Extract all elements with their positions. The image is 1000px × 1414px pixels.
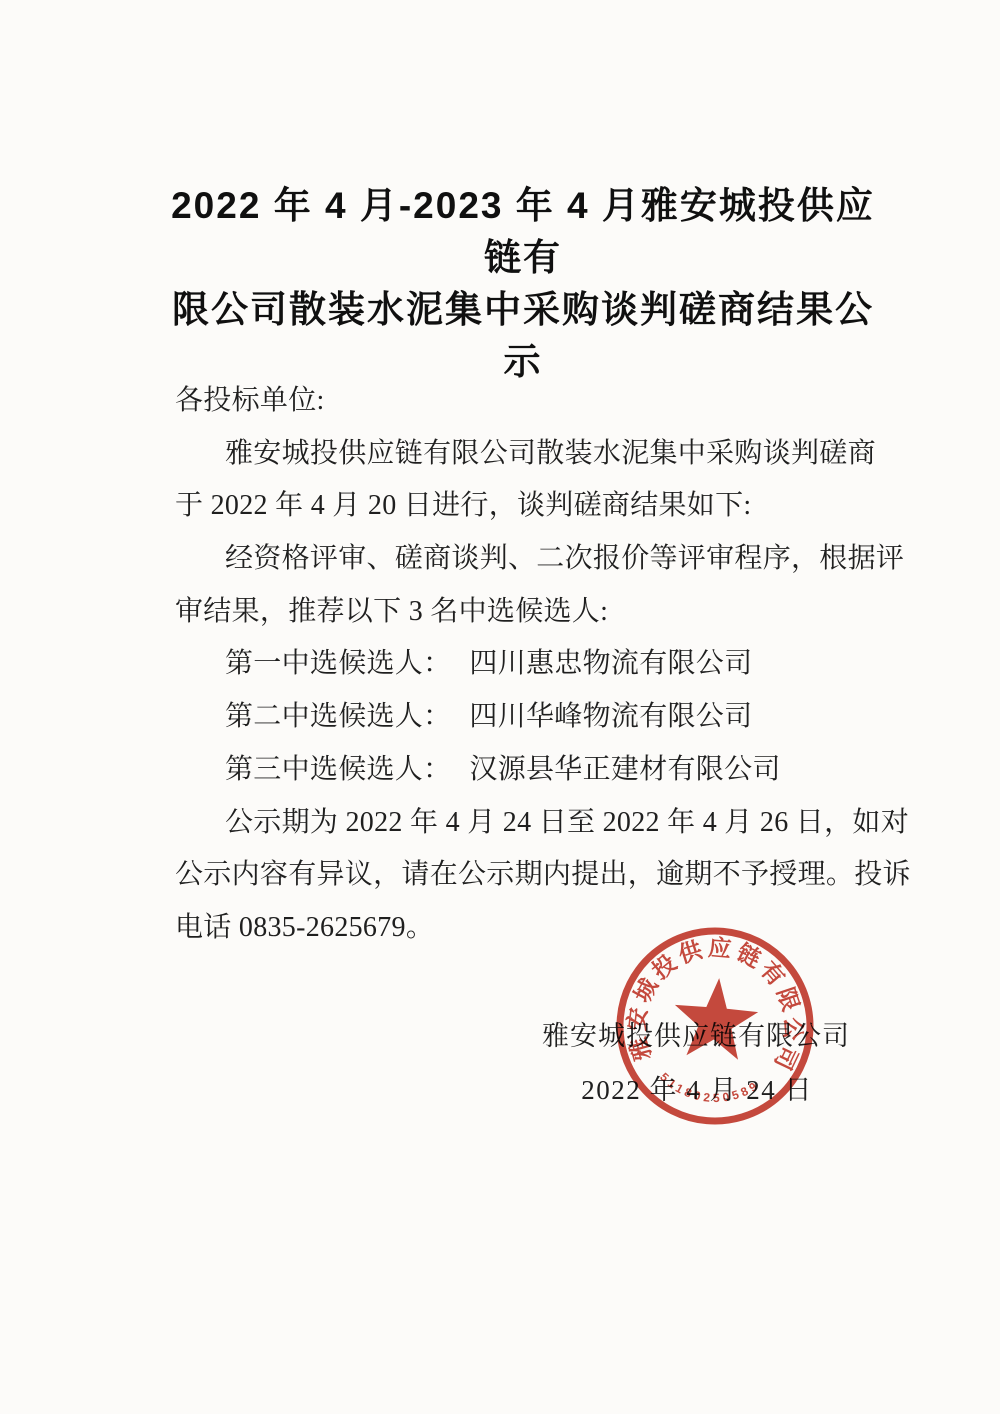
signature-date: 2022 年 4 月 24 日 [581, 1068, 813, 1107]
candidate-line-1: 第一中选候选人：四川惠忠物流有限公司 [175, 638, 881, 691]
candidate-2-name: 四川华峰物流有限公司 [469, 701, 752, 732]
publicity-paragraph-line-2: 公示内容有异议，请在公示期内提出，逾期不予授理。投诉 [175, 849, 881, 902]
salutation-line: 各投标单位: [175, 375, 881, 428]
meeting-paragraph-line-1: 雅安城投供应链有限公司散装水泥集中采购谈判磋商 [175, 428, 881, 481]
signature-company: 雅安城投供应链有限公司 [542, 1014, 850, 1053]
candidate-3-label: 第三中选候选人： [225, 754, 451, 785]
title-line-2: 限公司散装水泥集中采购谈判磋商结果公 [160, 284, 886, 336]
meeting-paragraph-line-2: 于 2022 年 4 月 20 日进行，谈判磋商结果如下: [175, 480, 881, 533]
publicity-paragraph-line-1: 公示期为 2022 年 4 月 24 日至 2022 年 4 月 26 日，如对 [175, 797, 881, 850]
candidate-3-name: 汉源县华正建材有限公司 [469, 754, 780, 785]
announcement-body: 各投标单位: 雅安城投供应链有限公司散装水泥集中采购谈判磋商 于 2022 年 … [175, 375, 881, 955]
announcement-title: 2022 年 4 月-2023 年 4 月雅安城投供应链有 限公司散装水泥集中采… [160, 180, 886, 388]
candidate-2-label: 第二中选候选人： [225, 701, 451, 732]
review-paragraph-line-2: 审结果，推荐以下 3 名中选候选人: [175, 586, 881, 639]
candidate-1-name: 四川惠忠物流有限公司 [469, 648, 752, 679]
review-paragraph-line-1: 经资格评审、磋商谈判、二次报价等评审程序，根据评 [175, 533, 881, 586]
title-line-1: 2022 年 4 月-2023 年 4 月雅安城投供应链有 [160, 180, 886, 284]
candidate-line-2: 第二中选候选人：四川华峰物流有限公司 [175, 691, 881, 744]
candidate-1-label: 第一中选候选人： [225, 648, 451, 679]
publicity-paragraph-line-3: 电话 0835-2625679。 [175, 902, 881, 955]
scanned-document-page: 2022 年 4 月-2023 年 4 月雅安城投供应链有 限公司散装水泥集中采… [0, 0, 1000, 1414]
candidate-line-3: 第三中选候选人：汉源县华正建材有限公司 [175, 744, 881, 797]
